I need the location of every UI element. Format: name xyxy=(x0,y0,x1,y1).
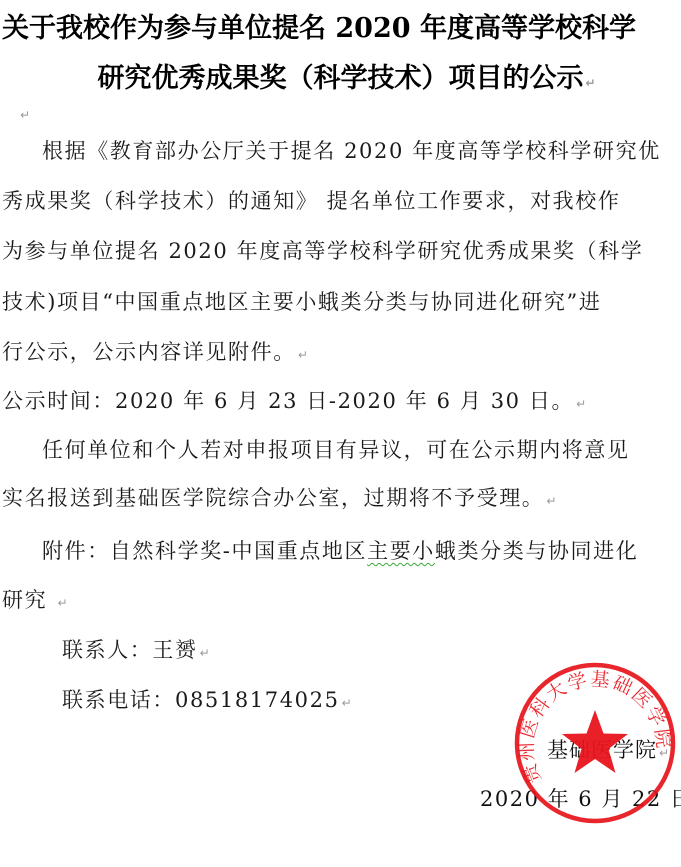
paragraph-mark-icon: ↵ xyxy=(659,746,669,760)
document-title-line-1: 关于我校作为参与单位提名 2020 年度高等学校科学 xyxy=(2,6,681,45)
seal-text: 贵州医科大学基础医学院 xyxy=(516,668,675,786)
signature-date: 2020 年 6 月 22 日↵ xyxy=(480,783,681,813)
paragraph-mark-icon: ↵ xyxy=(342,696,352,710)
publicity-period: 公示时间：2020 年 6 月 23 日-2020 年 6 月 30 日。↵ xyxy=(2,385,586,415)
paragraph-mark-icon: ↵ xyxy=(57,596,67,610)
body-line-5-text: 行公示，公示内容详见附件。 xyxy=(2,340,296,364)
objection-line-2-text: 实名报送到基础医学院综合办公室，过期将不予受理。 xyxy=(2,486,544,510)
document-title-line-2: 研究优秀成果奖（科学技术）项目的公示↵ xyxy=(6,56,681,95)
signature-org-text: 基础医学院 xyxy=(547,738,657,762)
body-line-2: 秀成果奖（科学技术）的通知》 提名单位工作要求，对我校作 xyxy=(2,185,620,215)
attachment-prefix: 附件：自然科学奖-中国重点地区 xyxy=(42,539,367,563)
paragraph-mark-icon: ↵ xyxy=(576,397,586,411)
attachment-line-2-text: 研究 xyxy=(2,588,47,612)
objection-line-2: 实名报送到基础医学院综合办公室，过期将不予受理。↵ xyxy=(2,482,556,512)
publicity-period-text: 公示时间：2020 年 6 月 23 日-2020 年 6 月 30 日。 xyxy=(2,389,574,413)
paragraph-mark-icon: ↵ xyxy=(298,348,308,362)
svg-text:贵州医科大学基础医学院: 贵州医科大学基础医学院 xyxy=(516,668,675,786)
objection-line-1: 任何单位和个人若对申报项目有异议，可在公示期内将意见 xyxy=(42,434,630,464)
contact-phone: 联系电话：08518174025↵ xyxy=(62,684,352,714)
contact-phone-text: 联系电话：08518174025 xyxy=(62,688,340,712)
paragraph-mark-icon: ↵ xyxy=(20,108,30,122)
body-line-4: 技术)项目“中国重点地区主要小蛾类分类与协同进化研究”进 xyxy=(2,286,601,316)
attachment-suffix: 蛾类分类与协同进化 xyxy=(435,539,638,563)
body-line-5: 行公示，公示内容详见附件。↵ xyxy=(2,336,308,366)
attachment-line-1: 附件：自然科学奖-中国重点地区主要小蛾类分类与协同进化 xyxy=(42,535,638,565)
empty-paragraph: ↵ xyxy=(18,100,30,124)
spellcheck-underlined-text: 主要小 xyxy=(367,539,435,563)
body-line-1: 根据《教育部办公厅关于提名 2020 年度高等学校科学研究优 xyxy=(42,135,661,165)
body-line-3: 为参与单位提名 2020 年度高等学校科学研究优秀成果奖（科学 xyxy=(2,235,643,265)
paragraph-mark-icon: ↵ xyxy=(585,76,595,90)
paragraph-mark-icon: ↵ xyxy=(546,494,556,508)
contact-person-text: 联系人：王赟 xyxy=(62,638,198,662)
attachment-line-2: 研究 ↵ xyxy=(2,584,68,614)
signature-date-text: 2020 年 6 月 22 日 xyxy=(480,787,681,811)
signature-organization: 基础医学院↵ xyxy=(547,734,669,764)
title-text: 研究优秀成果奖（科学技术）项目的公示 xyxy=(97,63,583,94)
paragraph-mark-icon: ↵ xyxy=(200,646,210,660)
contact-person: 联系人：王赟↵ xyxy=(62,634,210,664)
